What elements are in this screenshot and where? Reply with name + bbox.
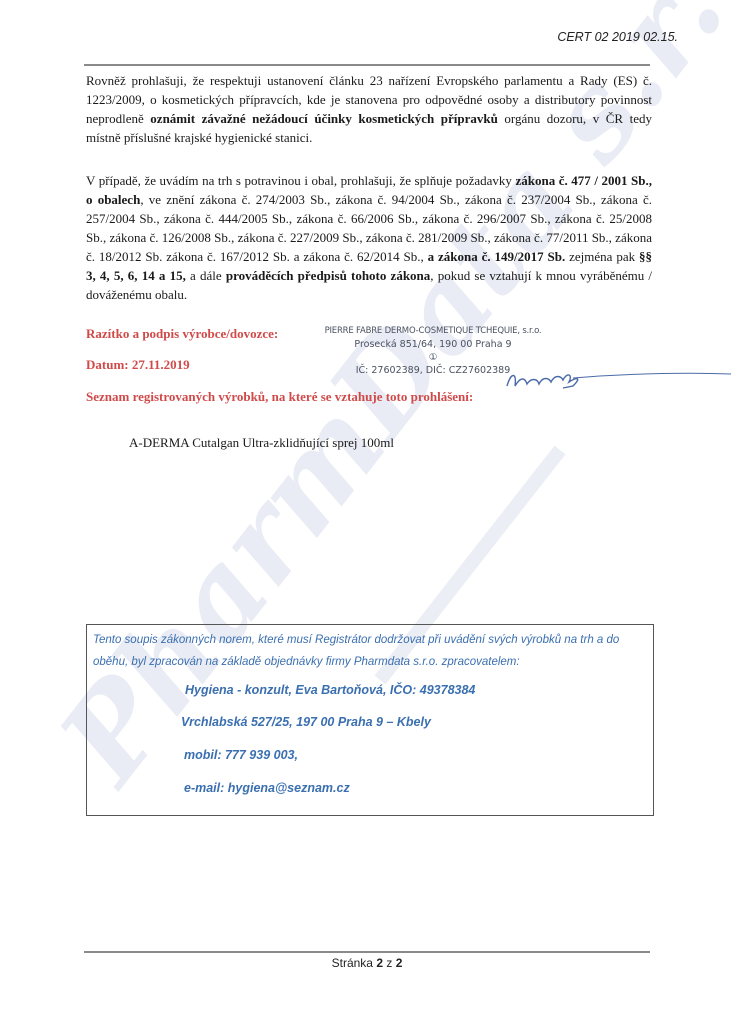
stamp-mark: ① xyxy=(318,351,548,364)
bold-text: prováděcích předpisů tohoto zákona xyxy=(226,268,430,283)
bold-text: a zákona č. 149/2017 Sb. xyxy=(428,249,566,264)
text: zejména pak xyxy=(565,249,639,264)
box-intro: Tento soupis zákonných norem, které musí… xyxy=(93,629,653,673)
signature xyxy=(503,366,733,396)
processor-info-box: Tento soupis zákonných norem, které musí… xyxy=(86,624,654,816)
watermark: PharmData s.r.o. xyxy=(0,0,734,1024)
header-divider xyxy=(84,64,650,66)
paragraph-packaging-law: V případě, že uvádím na trh s potravinou… xyxy=(86,171,652,304)
page-sep: z xyxy=(383,956,396,970)
date-label: Datum: 27.11.2019 xyxy=(86,357,190,373)
document-code: CERT 02 2019 02.15. xyxy=(557,30,678,44)
bold-text: oznámit závažné nežádoucí účinky kosmeti… xyxy=(150,111,498,126)
stamp-label: Razítko a podpis výrobce/dovozce: xyxy=(86,326,278,342)
footer-divider xyxy=(84,951,650,953)
page-number: Stránka 2 z 2 xyxy=(0,956,734,970)
text: V případě, že uvádím na trh s potravinou… xyxy=(86,173,515,188)
current-page: 2 xyxy=(376,956,383,970)
page-label: Stránka xyxy=(332,956,377,970)
box-mobile: mobil: 777 939 003, xyxy=(184,748,298,762)
box-company: Hygiena - konzult, Eva Bartoňová, IČO: 4… xyxy=(185,683,475,697)
stamp-company: PIERRE FABRE DERMO-COSMETIQUE TCHEQUIE, … xyxy=(318,325,548,338)
text: a dále xyxy=(186,268,226,283)
total-pages: 2 xyxy=(396,956,403,970)
box-address: Vrchlabská 527/25, 197 00 Praha 9 – Kbel… xyxy=(181,715,431,729)
products-label: Seznam registrovaných výrobků, na které … xyxy=(86,389,473,405)
paragraph-adverse-effects: Rovněž prohlašuji, že respektuji ustanov… xyxy=(86,71,652,147)
stamp-address: Prosecká 851/64, 190 00 Praha 9 xyxy=(318,338,548,351)
box-email[interactable]: e-mail: hygiena@seznam.cz xyxy=(184,781,350,795)
product-item: A-DERMA Cutalgan Ultra-zklidňující sprej… xyxy=(129,435,394,451)
